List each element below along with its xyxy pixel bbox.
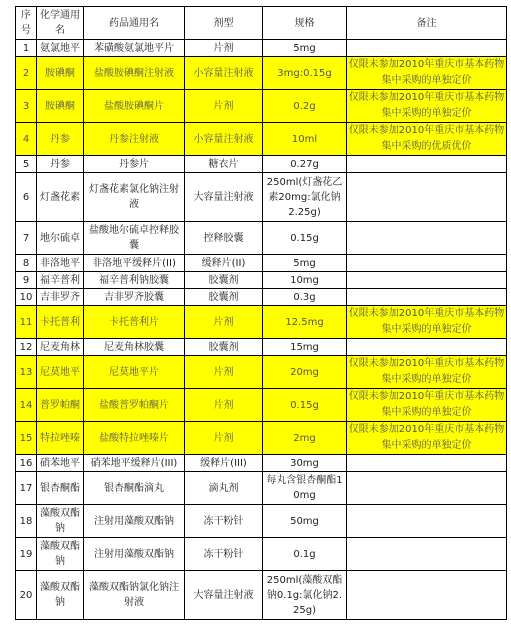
cell-remarks xyxy=(347,538,507,571)
cell-drug-name: 盐酸特拉唑嗪片 xyxy=(84,422,185,455)
header-no: 序号 xyxy=(16,7,37,40)
cell-remarks xyxy=(347,339,507,356)
cell-row-number: 15 xyxy=(16,422,37,455)
cell-drug-name: 注射用藻酸双酯钠 xyxy=(84,505,185,538)
cell-row-number: 2 xyxy=(16,57,37,90)
cell-remarks xyxy=(347,173,507,222)
cell-chemical-name: 硝苯地平 xyxy=(37,455,84,472)
header-dosage-form: 剂型 xyxy=(185,7,263,40)
cell-specification: 250ml(灯盏花乙素20mg:氯化钠2.25g) xyxy=(263,173,347,222)
cell-dosage-form: 片剂 xyxy=(185,90,263,123)
cell-specification: 0.27g xyxy=(263,156,347,173)
cell-specification: 每丸含银杏酮酯10mg xyxy=(263,472,347,505)
cell-row-number: 6 xyxy=(16,173,37,222)
cell-drug-name: 尼莫地平片 xyxy=(84,356,185,389)
cell-dosage-form: 缓释片(III) xyxy=(185,455,263,472)
cell-chemical-name: 尼莫地平 xyxy=(37,356,84,389)
cell-remarks xyxy=(347,156,507,173)
cell-specification: 12.5mg xyxy=(263,306,347,339)
cell-specification: 0.2g xyxy=(263,90,347,123)
drug-table: 序号 化学通用名 药品通用名 剂型 规格 备注 1氨氯地平苯磺酸氨氯地平片片剂5… xyxy=(15,6,507,620)
cell-specification: 250ml(藻酸双酯钠0.1g:氯化钠2.25g) xyxy=(263,571,347,620)
cell-chemical-name: 地尔硫卓 xyxy=(37,222,84,255)
cell-drug-name: 尼麦角林胶囊 xyxy=(84,339,185,356)
cell-chemical-name: 银杏酮酯 xyxy=(37,472,84,505)
cell-dosage-form: 胶囊剂 xyxy=(185,289,263,306)
cell-chemical-name: 丹参 xyxy=(37,156,84,173)
cell-row-number: 13 xyxy=(16,356,37,389)
cell-drug-name: 丹参注射液 xyxy=(84,123,185,156)
cell-specification: 20mg xyxy=(263,356,347,389)
table-row: 16硝苯地平硝苯地平缓释片(III)缓释片(III)30mg xyxy=(16,455,507,472)
cell-drug-name: 苯磺酸氨氯地平片 xyxy=(84,40,185,57)
cell-remarks xyxy=(347,222,507,255)
cell-dosage-form: 小容量注射液 xyxy=(185,123,263,156)
table-row: 17银杏酮酯银杏酮酯滴丸滴丸剂每丸含银杏酮酯10mg xyxy=(16,472,507,505)
cell-remarks xyxy=(347,455,507,472)
cell-remarks: 仅限未参加2010年重庆市基本药物集中采购的单独定价 xyxy=(347,356,507,389)
table-row: 12尼麦角林尼麦角林胶囊胶囊剂15mg xyxy=(16,339,507,356)
cell-chemical-name: 藻酸双酯钠 xyxy=(37,505,84,538)
cell-dosage-form: 胶囊剂 xyxy=(185,339,263,356)
cell-remarks: 仅限未参加2010年重庆市基本药物集中采购的单独定价 xyxy=(347,90,507,123)
cell-chemical-name: 丹参 xyxy=(37,123,84,156)
cell-row-number: 7 xyxy=(16,222,37,255)
cell-chemical-name: 普罗帕酮 xyxy=(37,389,84,422)
cell-remarks xyxy=(347,505,507,538)
header-remarks: 备注 xyxy=(347,7,507,40)
cell-chemical-name: 卡托普利 xyxy=(37,306,84,339)
cell-row-number: 9 xyxy=(16,272,37,289)
table-row: 1氨氯地平苯磺酸氨氯地平片片剂5mg xyxy=(16,40,507,57)
cell-chemical-name: 胺碘酮 xyxy=(37,57,84,90)
cell-remarks xyxy=(347,272,507,289)
table-row: 11卡托普利卡托普利片片剂12.5mg仅限未参加2010年重庆市基本药物集中采购… xyxy=(16,306,507,339)
cell-specification: 0.1g xyxy=(263,538,347,571)
cell-drug-name: 非洛地平缓释片(II) xyxy=(84,255,185,272)
cell-remarks: 仅限未参加2010年重庆市基本药物集中采购的单独定价 xyxy=(347,306,507,339)
cell-remarks: 仅限未参加2010年重庆市基本药物集中采购的单独定价 xyxy=(347,422,507,455)
cell-specification: 15mg xyxy=(263,339,347,356)
cell-row-number: 10 xyxy=(16,289,37,306)
cell-row-number: 14 xyxy=(16,389,37,422)
cell-remarks xyxy=(347,255,507,272)
cell-chemical-name: 尼麦角林 xyxy=(37,339,84,356)
cell-specification: 10mg xyxy=(263,272,347,289)
table-row: 5丹参丹参片糖衣片0.27g xyxy=(16,156,507,173)
cell-dosage-form: 片剂 xyxy=(185,422,263,455)
cell-dosage-form: 糖衣片 xyxy=(185,156,263,173)
header-row: 序号 化学通用名 药品通用名 剂型 规格 备注 xyxy=(16,7,507,40)
header-chemical-name: 化学通用名 xyxy=(37,7,84,40)
table-row: 6灯盏花素灯盏花素氯化钠注射液大容量注射液250ml(灯盏花乙素20mg:氯化钠… xyxy=(16,173,507,222)
cell-dosage-form: 片剂 xyxy=(185,306,263,339)
cell-chemical-name: 福辛普利 xyxy=(37,272,84,289)
cell-drug-name: 盐酸地尔硫卓控释胶囊 xyxy=(84,222,185,255)
cell-row-number: 18 xyxy=(16,505,37,538)
cell-remarks: 仅限未参加2010年重庆市基本药物集中采购的单独定价 xyxy=(347,57,507,90)
cell-row-number: 19 xyxy=(16,538,37,571)
cell-dosage-form: 小容量注射液 xyxy=(185,57,263,90)
cell-drug-name: 灯盏花素氯化钠注射液 xyxy=(84,173,185,222)
cell-drug-name: 盐酸胺碘酮片 xyxy=(84,90,185,123)
cell-drug-name: 藻酸双酯钠氯化钠注射液 xyxy=(84,571,185,620)
cell-row-number: 5 xyxy=(16,156,37,173)
cell-chemical-name: 胺碘酮 xyxy=(37,90,84,123)
table-row: 2胺碘酮盐酸胺碘酮注射液小容量注射液3mg:0.15g仅限未参加2010年重庆市… xyxy=(16,57,507,90)
table-row: 18藻酸双酯钠注射用藻酸双酯钠冻干粉针50mg xyxy=(16,505,507,538)
cell-chemical-name: 氨氯地平 xyxy=(37,40,84,57)
cell-dosage-form: 片剂 xyxy=(185,356,263,389)
cell-remarks xyxy=(347,571,507,620)
table-row: 20藻酸双酯钠藻酸双酯钠氯化钠注射液大容量注射液250ml(藻酸双酯钠0.1g:… xyxy=(16,571,507,620)
cell-specification: 5mg xyxy=(263,40,347,57)
header-drug-name: 药品通用名 xyxy=(84,7,185,40)
table-row: 13尼莫地平尼莫地平片片剂20mg仅限未参加2010年重庆市基本药物集中采购的单… xyxy=(16,356,507,389)
table-row: 3胺碘酮盐酸胺碘酮片片剂0.2g仅限未参加2010年重庆市基本药物集中采购的单独… xyxy=(16,90,507,123)
cell-dosage-form: 大容量注射液 xyxy=(185,173,263,222)
cell-specification: 50mg xyxy=(263,505,347,538)
table-row: 4丹参丹参注射液小容量注射液10ml仅限未参加2010年重庆市基本药物集中采购的… xyxy=(16,123,507,156)
cell-specification: 0.15g xyxy=(263,222,347,255)
cell-row-number: 16 xyxy=(16,455,37,472)
cell-chemical-name: 藻酸双酯钠 xyxy=(37,538,84,571)
cell-specification: 30mg xyxy=(263,455,347,472)
cell-specification: 0.15g xyxy=(263,389,347,422)
cell-dosage-form: 缓释片(II) xyxy=(185,255,263,272)
cell-specification: 10ml xyxy=(263,123,347,156)
cell-specification: 2mg xyxy=(263,422,347,455)
cell-row-number: 20 xyxy=(16,571,37,620)
cell-chemical-name: 特拉唑嗪 xyxy=(37,422,84,455)
cell-row-number: 8 xyxy=(16,255,37,272)
cell-chemical-name: 吉非罗齐 xyxy=(37,289,84,306)
cell-drug-name: 硝苯地平缓释片(III) xyxy=(84,455,185,472)
cell-remarks: 仅限未参加2010年重庆市基本药物集中采购的单独定价 xyxy=(347,389,507,422)
table-row: 8非洛地平非洛地平缓释片(II)缓释片(II)5mg xyxy=(16,255,507,272)
cell-dosage-form: 片剂 xyxy=(185,389,263,422)
cell-chemical-name: 灯盏花素 xyxy=(37,173,84,222)
cell-specification: 3mg:0.15g xyxy=(263,57,347,90)
cell-row-number: 1 xyxy=(16,40,37,57)
table-row: 19藻酸双酯钠注射用藻酸双酯钠冻干粉针0.1g xyxy=(16,538,507,571)
cell-row-number: 17 xyxy=(16,472,37,505)
table-row: 9福辛普利福辛普利钠胶囊胶囊剂10mg xyxy=(16,272,507,289)
cell-dosage-form: 大容量注射液 xyxy=(185,571,263,620)
cell-specification: 5mg xyxy=(263,255,347,272)
cell-remarks xyxy=(347,289,507,306)
table-row: 10吉非罗齐吉非罗齐胶囊胶囊剂0.3g xyxy=(16,289,507,306)
table-row: 14普罗帕酮盐酸普罗帕酮片片剂0.15g仅限未参加2010年重庆市基本药物集中采… xyxy=(16,389,507,422)
header-specification: 规格 xyxy=(263,7,347,40)
cell-remarks: 仅限未参加2010年重庆市基本药物集中采购的优质优价 xyxy=(347,123,507,156)
cell-drug-name: 卡托普利片 xyxy=(84,306,185,339)
cell-row-number: 3 xyxy=(16,90,37,123)
cell-drug-name: 银杏酮酯滴丸 xyxy=(84,472,185,505)
cell-chemical-name: 藻酸双酯钠 xyxy=(37,571,84,620)
cell-remarks xyxy=(347,40,507,57)
cell-chemical-name: 非洛地平 xyxy=(37,255,84,272)
cell-dosage-form: 滴丸剂 xyxy=(185,472,263,505)
cell-drug-name: 福辛普利钠胶囊 xyxy=(84,272,185,289)
cell-drug-name: 吉非罗齐胶囊 xyxy=(84,289,185,306)
table-row: 15特拉唑嗪盐酸特拉唑嗪片片剂2mg仅限未参加2010年重庆市基本药物集中采购的… xyxy=(16,422,507,455)
cell-remarks xyxy=(347,472,507,505)
cell-drug-name: 盐酸普罗帕酮片 xyxy=(84,389,185,422)
cell-drug-name: 盐酸胺碘酮注射液 xyxy=(84,57,185,90)
cell-specification: 0.3g xyxy=(263,289,347,306)
cell-row-number: 4 xyxy=(16,123,37,156)
cell-dosage-form: 冻干粉针 xyxy=(185,505,263,538)
table-row: 7地尔硫卓盐酸地尔硫卓控释胶囊控释胶囊0.15g xyxy=(16,222,507,255)
cell-dosage-form: 控释胶囊 xyxy=(185,222,263,255)
cell-drug-name: 注射用藻酸双酯钠 xyxy=(84,538,185,571)
cell-row-number: 12 xyxy=(16,339,37,356)
cell-dosage-form: 片剂 xyxy=(185,40,263,57)
cell-row-number: 11 xyxy=(16,306,37,339)
cell-drug-name: 丹参片 xyxy=(84,156,185,173)
cell-dosage-form: 胶囊剂 xyxy=(185,272,263,289)
cell-dosage-form: 冻干粉针 xyxy=(185,538,263,571)
